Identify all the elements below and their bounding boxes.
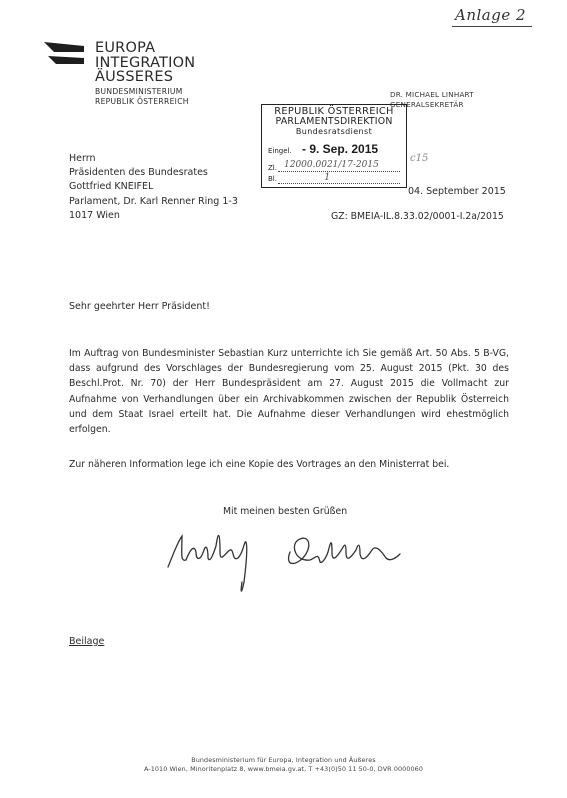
recipient-address: Herrn Präsidenten des Bundesrates Gottfr… bbox=[69, 152, 238, 223]
stamp-line-3: Bundesratsdienst bbox=[262, 127, 406, 136]
logo-subline: BUNDESMINISTERIUM bbox=[95, 87, 189, 97]
logo-line: EUROPA bbox=[95, 41, 195, 56]
stamp-bl-value: 1 bbox=[324, 172, 330, 183]
stamp-zl-dots bbox=[278, 171, 400, 172]
recipient-line: Präsidenten des Bundesrates bbox=[69, 166, 238, 180]
ministry-logo-text: EUROPA INTEGRATION ÄUSSERES bbox=[95, 41, 195, 85]
stamp-bl-label: Bl. bbox=[268, 175, 277, 183]
receipt-stamp: REPUBLIK ÖSTERREICH PARLAMENTSDIREKTION … bbox=[261, 104, 407, 188]
stamp-zl-suffix: c15 bbox=[410, 153, 428, 164]
recipient-line: 1017 Wien bbox=[69, 209, 238, 223]
recipient-line: Gottfried KNEIFEL bbox=[69, 180, 238, 194]
stamp-received-label: Eingel. bbox=[268, 147, 292, 155]
annotation-underline bbox=[452, 26, 532, 27]
sender-name: DR. MICHAEL LINHART bbox=[390, 90, 474, 100]
info-paragraph: Zur näheren Information lege ich eine Ko… bbox=[69, 459, 449, 470]
logo-line: INTEGRATION bbox=[95, 56, 195, 71]
footer: Bundesministerium für Europa, Integratio… bbox=[0, 756, 567, 774]
stamp-line-2: PARLAMENTSDIREKTION bbox=[262, 117, 406, 127]
footer-line-2: A-1010 Wien, Minoritenplatz 8, www.bmeia… bbox=[0, 765, 567, 774]
stamp-zl-value: 12000.0021/17-2015 bbox=[284, 160, 379, 170]
letter-date: 04. September 2015 bbox=[408, 186, 506, 197]
handwritten-annotation: Anlage 2 bbox=[455, 6, 526, 24]
enclosure-label: Beilage bbox=[69, 636, 104, 647]
stamp-bl-dots bbox=[278, 183, 400, 184]
stamp-zl-label: Zl. bbox=[268, 164, 277, 172]
closing-line: Mit meinen besten Grüßen bbox=[223, 506, 347, 517]
recipient-line: Herrn bbox=[69, 152, 238, 166]
logo-subline: REPUBLIK ÖSTERREICH bbox=[95, 97, 189, 107]
footer-line-1: Bundesministerium für Europa, Integratio… bbox=[0, 756, 567, 765]
ministry-logo-subtitle: BUNDESMINISTERIUM REPUBLIK ÖSTERREICH bbox=[95, 87, 189, 107]
ministry-logo-icon bbox=[42, 40, 84, 70]
recipient-line: Parlament, Dr. Karl Renner Ring 1-3 bbox=[69, 195, 238, 209]
logo-line: ÄUSSERES bbox=[95, 70, 195, 85]
signature-icon bbox=[160, 522, 430, 597]
body-paragraph: Im Auftrag von Bundesminister Sebastian … bbox=[69, 346, 509, 437]
stamp-received-date: - 9. Sep. 2015 bbox=[302, 142, 378, 156]
salutation: Sehr geehrter Herr Präsident! bbox=[69, 301, 210, 312]
reference-number: GZ: BMEIA-IL.8.33.02/0001-I.2a/2015 bbox=[331, 211, 504, 222]
